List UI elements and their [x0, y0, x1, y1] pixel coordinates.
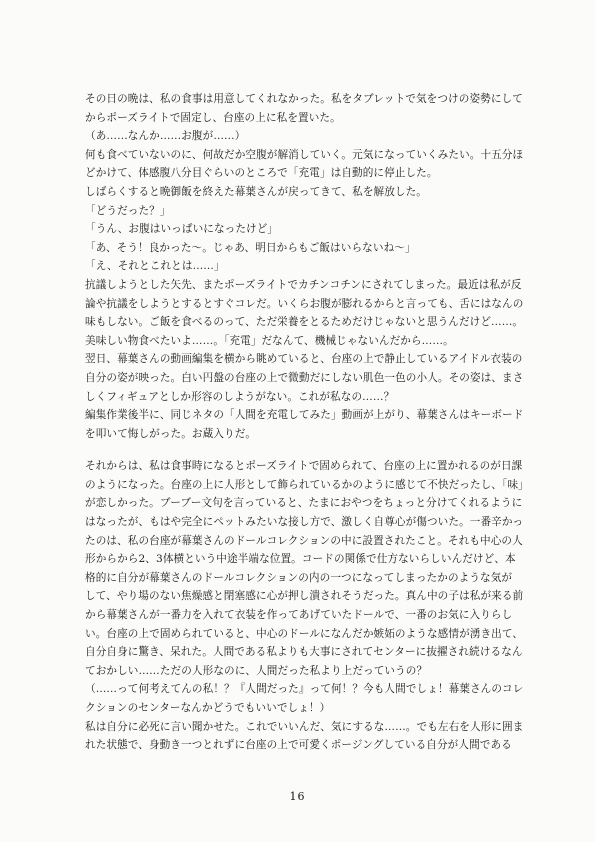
text-line: を叩いて悔しがった。お蔵入りだ。: [85, 425, 519, 444]
text-line: ておかしい……ただの人形なのに、人間だった私より上だっていうの？: [85, 662, 519, 681]
text-line: 「え、それとこれとは……」: [85, 257, 519, 276]
text-line: クションのセンターなんかどうでもいいでしょ！）: [85, 699, 519, 718]
text-line: 形からから2、3体横という中途半端な位置。コードの関係で仕方ないらしいんだけど、…: [85, 550, 519, 569]
text-line: れた状態で、身動き一つとれずに台座の上で可愛くポージングしている自分が人間である: [85, 736, 519, 755]
document-page: その日の晩は、私の食事は用意してくれなかった。私をタブレットで気をつけの姿勢にし…: [0, 0, 595, 842]
text-line: 「あ、そう！良かった～。じゃあ、明日からもご飯はいらないね～」: [85, 239, 519, 258]
text-line: 「どうだった？」: [85, 202, 519, 221]
text-line: しばらくすると晩御飯を終えた幕葉さんが戻ってきて、私を解放した。: [85, 183, 519, 202]
text-line: 「うん、お腹はいっぱいになったけど」: [85, 220, 519, 239]
text-line: 味もしない。ご飯を食べるのって、ただ栄養をとるためだけじゃないと思うんだけど………: [85, 313, 519, 332]
text-line: から幕葉さんが一番力を入れて衣装を作ってあげていたドールで、一番のお気に入りらし: [85, 606, 519, 625]
text-line: 自分の姿が映った。白い円盤の台座の上で微動だにしない肌色一色の小人。その姿は、ま…: [85, 369, 519, 388]
text-line: どかけて、体感腹八分目ぐらいのところで「充電」は自動的に停止した。: [85, 164, 519, 183]
text-line: たのは、私の台座が幕葉さんのドールコレクションの中に設置されたこと。それも中心の…: [85, 532, 519, 551]
text-line: その日の晩は、私の食事は用意してくれなかった。私をタブレットで気をつけの姿勢にし…: [85, 90, 519, 109]
text-line: のようになった。台座の上に人形として飾られているかのように感じて不快だったし、「…: [85, 476, 519, 495]
text-line: 私は自分に必死に言い聞かせた。これでいいんだ、気にするな……。でも左右を人形に囲…: [85, 718, 519, 737]
page-number: 16: [0, 790, 595, 803]
paragraph-block-1: その日の晩は、私の食事は用意してくれなかった。私をタブレットで気をつけの姿勢にし…: [85, 90, 519, 443]
text-line: い。台座の上で固められていると、中心のドールになんだか嫉妬のような感情が湧き出て…: [85, 625, 519, 644]
text-line: 美味しい物食べたいよ……。「充電」だなんて、機械じゃないんだから……。: [85, 332, 519, 351]
text-line: しくフィギュアとしか形容のしようがない。これが私なの……？: [85, 388, 519, 407]
text-line: （あ……なんか……お腹が……）: [85, 127, 519, 146]
text-line: 格的に自分が幕葉さんのドールコレクションの内の一つになってしまったかのような気が: [85, 569, 519, 588]
text-line: 自分自身に驚き、呆れた。人間である私よりも大事にされてセンターに抜擢され続けるな…: [85, 643, 519, 662]
text-line: 抗議しようとした矢先、またポーズライトでカチンコチンにされてしまった。最近は私が…: [85, 276, 519, 295]
page-text: その日の晩は、私の食事は用意してくれなかった。私をタブレットで気をつけの姿勢にし…: [85, 90, 519, 755]
text-line: （……って何考えてんの私！？『人間だった』って何！？今も人間でしょ！幕葉さんのコ…: [85, 680, 519, 699]
text-line: はなったが、もはや完全にペットみたいな接し方で、激しく自尊心が傷ついた。一番辛か…: [85, 513, 519, 532]
text-line: 翌日、幕葉さんの動画編集を横から眺めていると、台座の上で静止しているアイドル衣装…: [85, 350, 519, 369]
text-line: が恋しかった。ブーブー文句を言っていると、たまにおやつをちょっと分けてくれるよう…: [85, 494, 519, 513]
text-line: からポーズライトで固定し、台座の上に私を置いた。: [85, 109, 519, 128]
paragraph-block-2: それからは、私は食事時になるとポーズライトで固められて、台座の上に置かれるのが日…: [85, 457, 519, 755]
text-line: 論や抗議をしようとするとすぐコレだ。いくらお腹が膨れるからと言っても、舌にはなん…: [85, 295, 519, 314]
text-line: それからは、私は食事時になるとポーズライトで固められて、台座の上に置かれるのが日…: [85, 457, 519, 476]
text-line: 編集作業後半に、同じネタの「人間を充電してみた」動画が上がり、幕葉さんはキーボー…: [85, 406, 519, 425]
text-line: して、やり場のない焦燥感と閉塞感に心が押し潰されそうだった。真ん中の子は私が来る…: [85, 587, 519, 606]
text-line: 何も食べていないのに、何故だか空腹が解消していく。元気になっていくみたい。十五分…: [85, 146, 519, 165]
